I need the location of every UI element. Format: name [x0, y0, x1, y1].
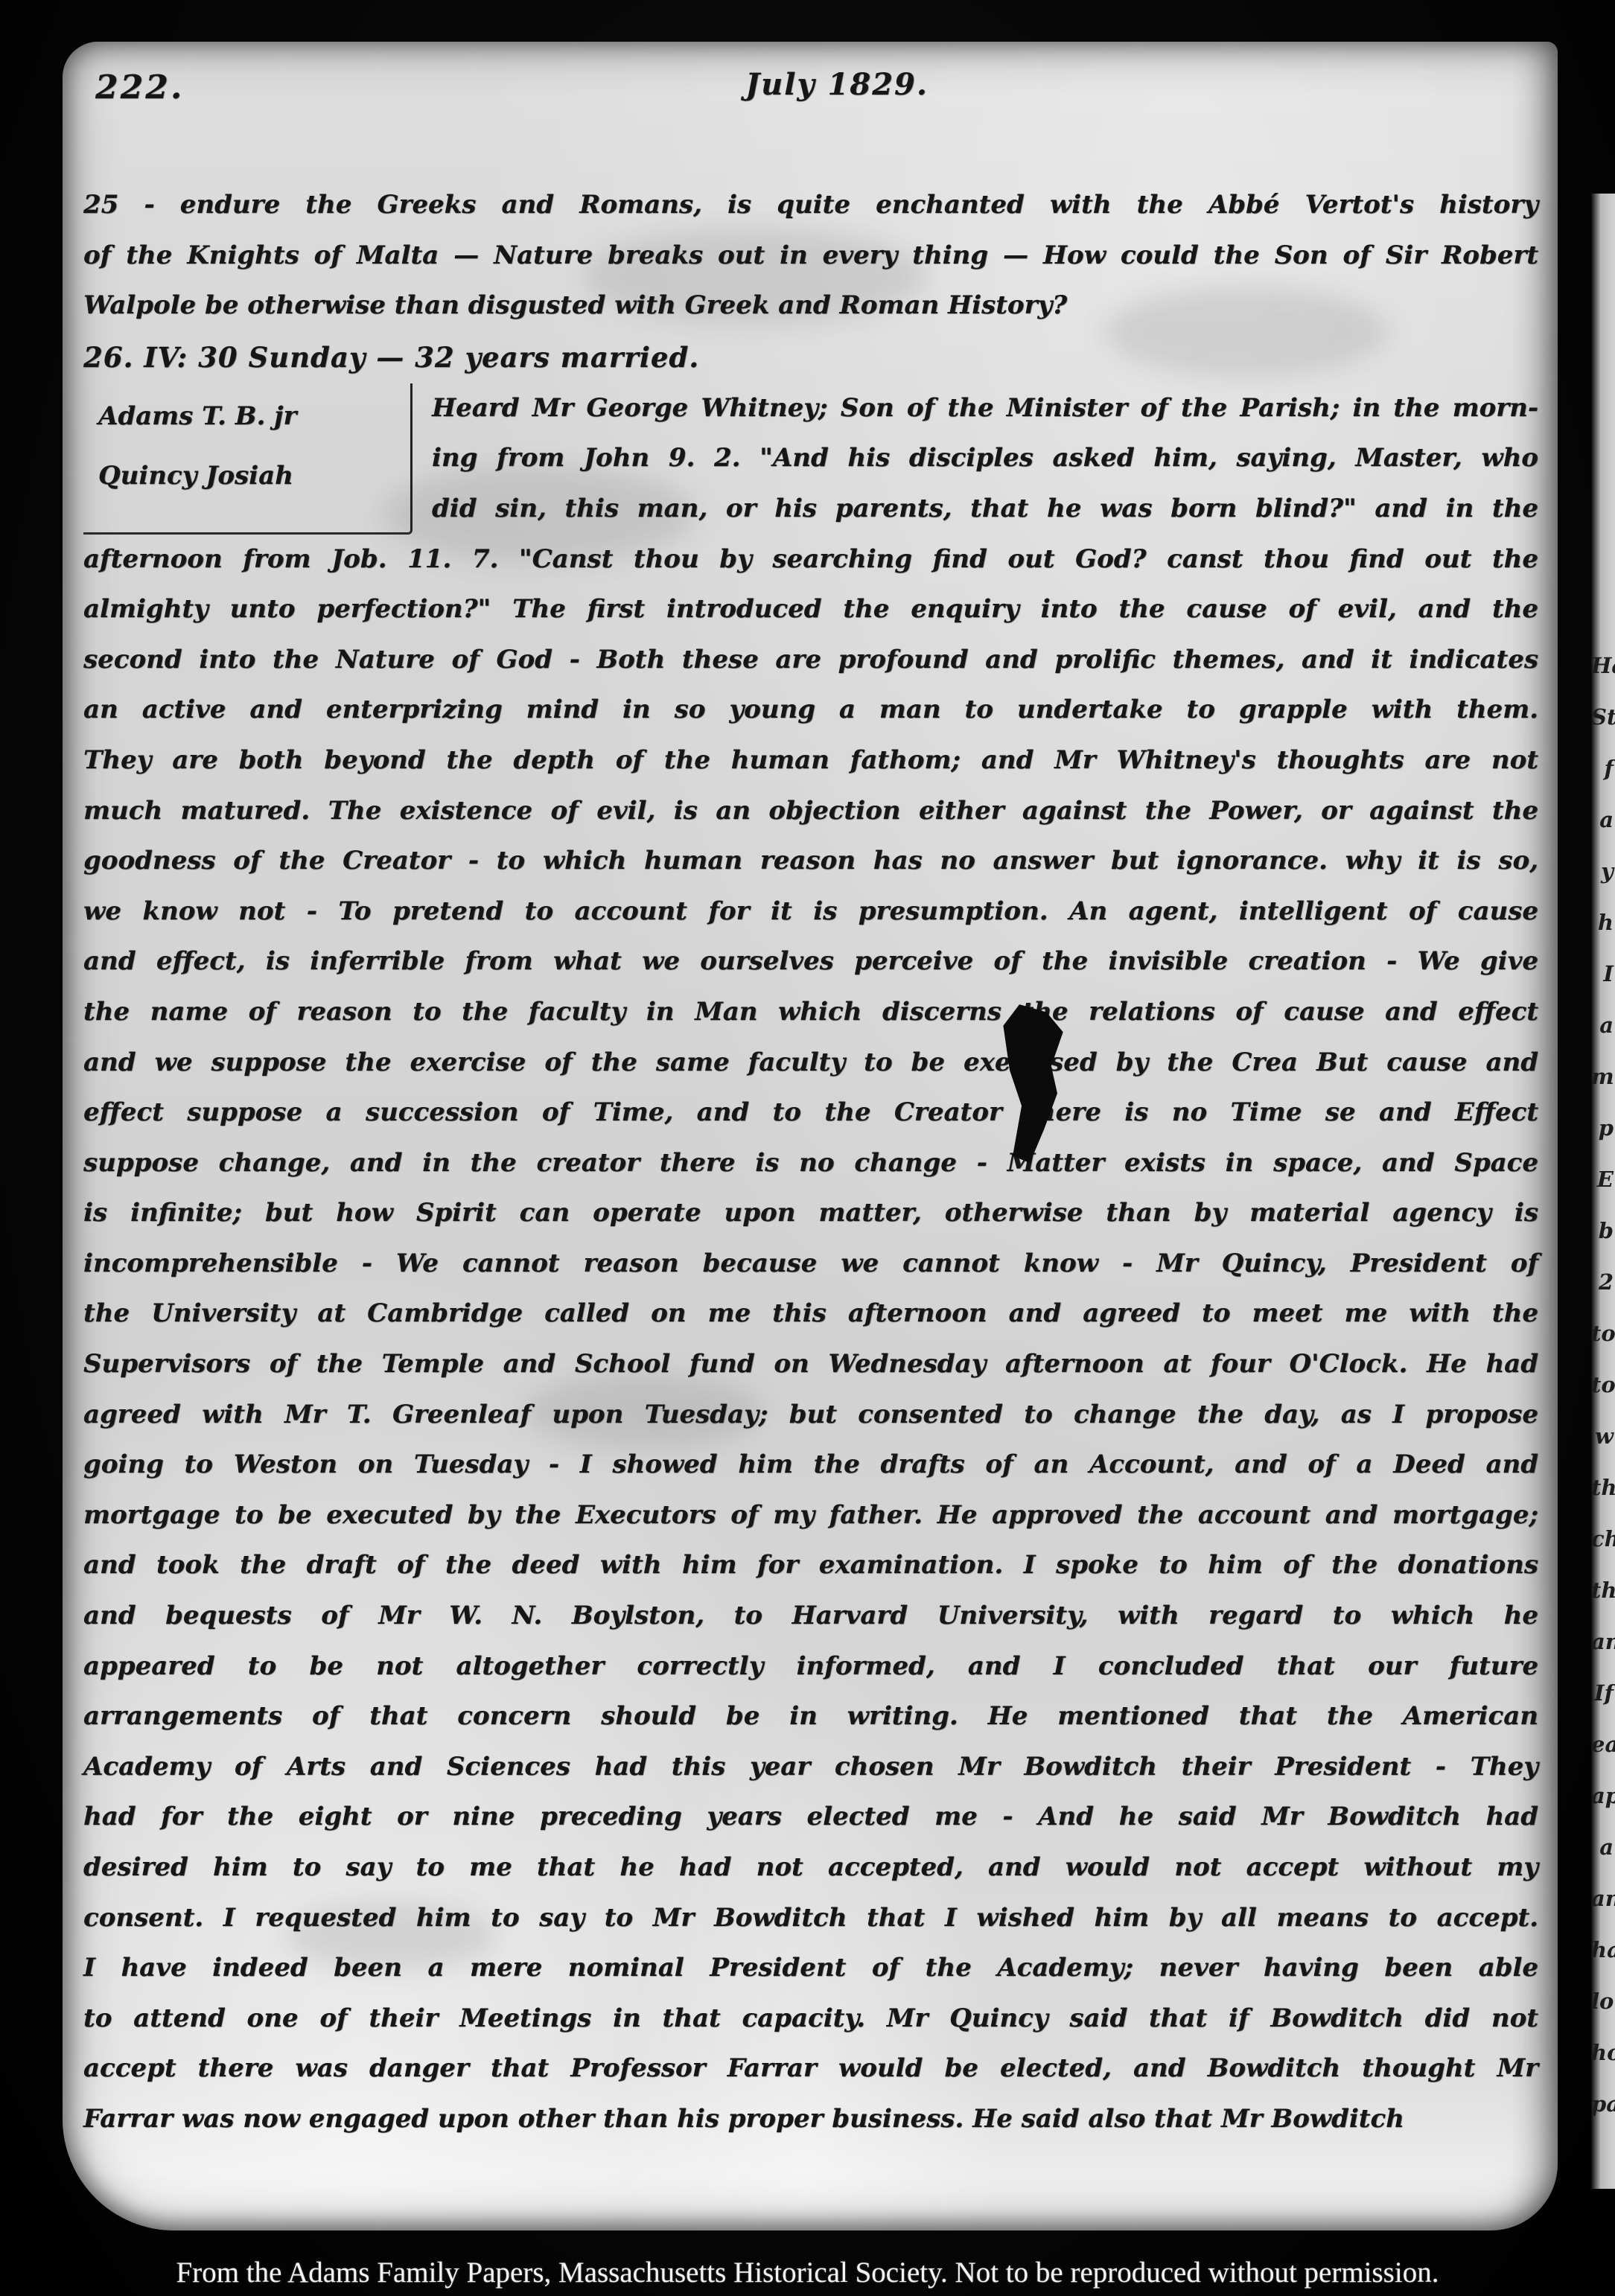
- facing-page-text-fragment: a: [1591, 1822, 1615, 1873]
- manuscript-line: effect suppose a succession of Time, and…: [83, 1088, 1538, 1138]
- facing-page-text-fragment: h: [1591, 897, 1615, 948]
- manuscript-line: is infinite; but how Spirit can operate …: [83, 1188, 1538, 1239]
- manuscript-line: incomprehensible - We cannot reason beca…: [83, 1239, 1538, 1289]
- manuscript-line: and took the draft of the deed with him …: [83, 1540, 1538, 1591]
- facing-page-text-fragment: to: [1591, 1359, 1615, 1411]
- facing-page-text-fragment: ea: [1591, 1719, 1615, 1770]
- manuscript-line: an active and enterprizing mind in so yo…: [83, 685, 1538, 736]
- manuscript-line: suppose change, and in the creator there…: [83, 1138, 1538, 1189]
- scan-background: 222. July 1829. 25 - endure the Greeks a…: [0, 0, 1615, 2296]
- manuscript-line: the University at Cambridge called on me…: [83, 1289, 1538, 1339]
- manuscript-line: goodness of the Creator - to which human…: [83, 836, 1538, 887]
- manuscript-line: had for the eight or nine preceding year…: [83, 1792, 1538, 1843]
- facing-page-text-fragment: Ha: [1591, 640, 1615, 692]
- page-number: 222.: [95, 68, 184, 106]
- facing-page-text-fragment: m: [1591, 1051, 1615, 1103]
- manuscript-line: consent. I requested him to say to Mr Bo…: [83, 1893, 1538, 1944]
- manuscript-line: Walpole be otherwise than disgusted with…: [83, 281, 1538, 331]
- facing-page-text-fragment: w: [1591, 1411, 1615, 1462]
- manuscript-line: Supervisors of the Temple and School fun…: [83, 1339, 1538, 1390]
- entry-july25: 25 - endure the Greeks and Romans, is qu…: [83, 180, 1538, 331]
- manuscript-line: agreed with Mr T. Greenleaf upon Tuesday…: [83, 1390, 1538, 1441]
- manuscript-line: and bequests of Mr W. N. Boylston, to Ha…: [83, 1591, 1538, 1642]
- manuscript-line: the name of reason to the faculty in Man…: [83, 987, 1538, 1038]
- facing-page-text-fragment: an: [1591, 1873, 1615, 1925]
- manuscript-text: 25 - endure the Greeks and Romans, is qu…: [83, 180, 1538, 2145]
- manuscript-line: 25 - endure the Greeks and Romans, is qu…: [83, 180, 1538, 231]
- manuscript-line: Heard Mr George Whitney; Son of the Mini…: [432, 383, 1538, 434]
- manuscript-line: and we suppose the exercise of the same …: [83, 1038, 1538, 1088]
- facing-page-text-fragment: lo: [1591, 1976, 1615, 2027]
- entry-opening-lines: Heard Mr George Whitney; Son of the Mini…: [412, 383, 1538, 535]
- manuscript-line: we know not - To pretend to account for …: [83, 887, 1538, 937]
- manuscript-line: They are both beyond the depth of the hu…: [83, 736, 1538, 786]
- manuscript-line: and effect, is inferrible from what we o…: [83, 937, 1538, 987]
- date-heading: July 1829.: [681, 67, 993, 102]
- manuscript-line: Academy of Arts and Sciences had this ye…: [83, 1742, 1538, 1793]
- facing-page-text-fragment: pa: [1591, 2079, 1615, 2130]
- manuscript-line: I have indeed been a mere nominal Presid…: [83, 1943, 1538, 1994]
- entry-july26-opening: Adams T. B. jrQuincy Josiah Heard Mr Geo…: [83, 383, 1538, 535]
- facing-page-text-fragment: ho: [1591, 2027, 1615, 2079]
- facing-page-text-fragment: b: [1591, 1205, 1615, 1257]
- attribution-caption: From the Adams Family Papers, Massachuse…: [0, 2250, 1615, 2296]
- entry-july26-body: afternoon from Job. 11. 7. "Canst thou b…: [83, 535, 1538, 2145]
- manuscript-line: going to Weston on Tuesday - I showed hi…: [83, 1440, 1538, 1490]
- manuscript-line: ing from John 9. 2. "And his disciples a…: [432, 433, 1538, 484]
- facing-page-text-fragment: th: [1591, 1462, 1615, 1514]
- entry-july26-heading: 26. IV: 30 Sunday — 32 years married.: [83, 331, 1538, 383]
- manuscript-page: 222. July 1829. 25 - endure the Greeks a…: [63, 42, 1558, 2230]
- facing-page-text-fragment: p: [1591, 1103, 1615, 1154]
- facing-page-text-fragment: a: [1591, 794, 1615, 846]
- facing-page-text-fragment: ap: [1591, 1770, 1615, 1822]
- manuscript-line: second into the Nature of God - Both the…: [83, 635, 1538, 686]
- facing-page-text-fragment: If: [1591, 1668, 1615, 1719]
- facing-page-text-fragment: an: [1591, 1616, 1615, 1668]
- manuscript-line: almighty unto perfection?" The first int…: [83, 584, 1538, 635]
- facing-page-sliver: HaStfayhIampEb2totowthchthanIfeaapaanhal…: [1591, 194, 1615, 2189]
- manuscript-line: arrangements of that concern should be i…: [83, 1691, 1538, 1742]
- manuscript-line: appeared to be not altogether correctly …: [83, 1642, 1538, 1692]
- manuscript-line: accept there was danger that Professor F…: [83, 2044, 1538, 2094]
- manuscript-line: desired him to say to me that he had not…: [83, 1843, 1538, 1893]
- attribution-caption-text: From the Adams Family Papers, Massachuse…: [176, 2257, 1439, 2289]
- margin-name: Adams T. B. jr: [83, 386, 410, 446]
- margin-name: Quincy Josiah: [83, 446, 410, 506]
- manuscript-line: to attend one of their Meetings in that …: [83, 1994, 1538, 2044]
- facing-page-text-fragment: f: [1591, 743, 1615, 794]
- manuscript-line: Farrar was now engaged upon other than h…: [83, 2094, 1538, 2145]
- facing-page-text-fragment: ha: [1591, 1925, 1615, 1976]
- facing-page-text-fragment: St: [1591, 692, 1615, 743]
- manuscript-line: much matured. The existence of evil, is …: [83, 786, 1538, 837]
- manuscript-line: did sin, this man, or his parents, that …: [432, 484, 1538, 535]
- facing-page-text-fragment: E: [1591, 1154, 1615, 1205]
- facing-page-text-fragment: a: [1591, 1000, 1615, 1051]
- margin-annotation: Adams T. B. jrQuincy Josiah: [83, 383, 412, 535]
- manuscript-line: afternoon from Job. 11. 7. "Canst thou b…: [83, 535, 1538, 585]
- facing-page-text-fragment: to: [1591, 1308, 1615, 1359]
- facing-page-text-fragment: ch: [1591, 1514, 1615, 1565]
- facing-page-text-fragment: 2: [1591, 1257, 1615, 1308]
- facing-page-text-fragment: th: [1591, 1565, 1615, 1616]
- facing-page-text-fragment: I: [1591, 948, 1615, 1000]
- manuscript-line: of the Knights of Malta — Nature breaks …: [83, 231, 1538, 281]
- manuscript-line: mortgage to be executed by the Executors…: [83, 1490, 1538, 1541]
- facing-page-text-fragment: y: [1591, 846, 1615, 897]
